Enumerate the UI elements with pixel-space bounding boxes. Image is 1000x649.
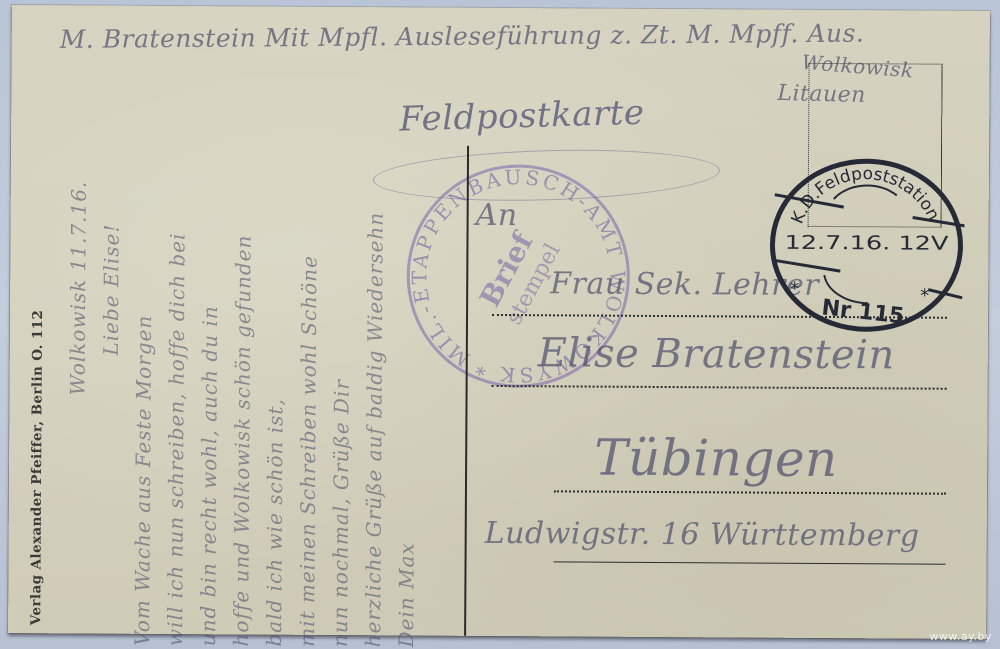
to-label: An bbox=[476, 198, 518, 233]
message-line: nun nochmal, Grüße Dir bbox=[324, 127, 360, 647]
address-line-2: Elise Bratenstein bbox=[538, 330, 895, 378]
postmark-icon: K.D.Feldpoststation 12.7.16. 12V * * Nr … bbox=[768, 157, 965, 334]
postcard: Verlag Alexander Pfeiffer, Berlin O. 112… bbox=[8, 5, 990, 639]
address-line-3: Tübingen bbox=[594, 429, 838, 488]
message-line: Vom Wache aus Feste Morgen bbox=[126, 126, 162, 646]
watermark: www.ay.by bbox=[929, 630, 992, 643]
address-line-4: Ludwigstr. 16 Württemberg bbox=[485, 516, 920, 554]
postmark-date: 12.7.16. 12V bbox=[784, 232, 948, 255]
svg-text:*: * bbox=[790, 279, 799, 300]
message-line: und bin recht wohl, auch du in bbox=[192, 126, 228, 646]
message-body: Wolkowisk 11.7.16. Liebe Elise! Vom Wach… bbox=[60, 125, 426, 647]
message-line: will ich nun schreiben, hoffe dich bei bbox=[159, 126, 195, 646]
address-line-4-rule bbox=[554, 561, 946, 564]
publisher-imprint: Verlag Alexander Pfeiffer, Berlin O. 112 bbox=[28, 310, 46, 626]
message-date: Wolkowisk 11.7.16. bbox=[60, 125, 96, 645]
card-type-heading: Feldpostkarte bbox=[399, 93, 645, 140]
svg-text:*: * bbox=[920, 286, 929, 307]
message-line: Dein Max bbox=[390, 127, 426, 647]
message-line: hoffe und Wolkowisk schön gefunden bbox=[225, 126, 261, 646]
message-line: mit meinen Schreiben wohl Schöne bbox=[291, 127, 327, 647]
message-line: bald ich wie schön ist, bbox=[258, 127, 294, 647]
message-line: herzliche Grüße auf baldig Wiedersehn bbox=[357, 127, 393, 647]
message-salutation: Liebe Elise! bbox=[93, 126, 129, 646]
address-line-3-rule bbox=[554, 490, 946, 494]
sender-header-line-1: M. Bratenstein Mit Mpfl. Ausleseführung … bbox=[60, 19, 865, 54]
